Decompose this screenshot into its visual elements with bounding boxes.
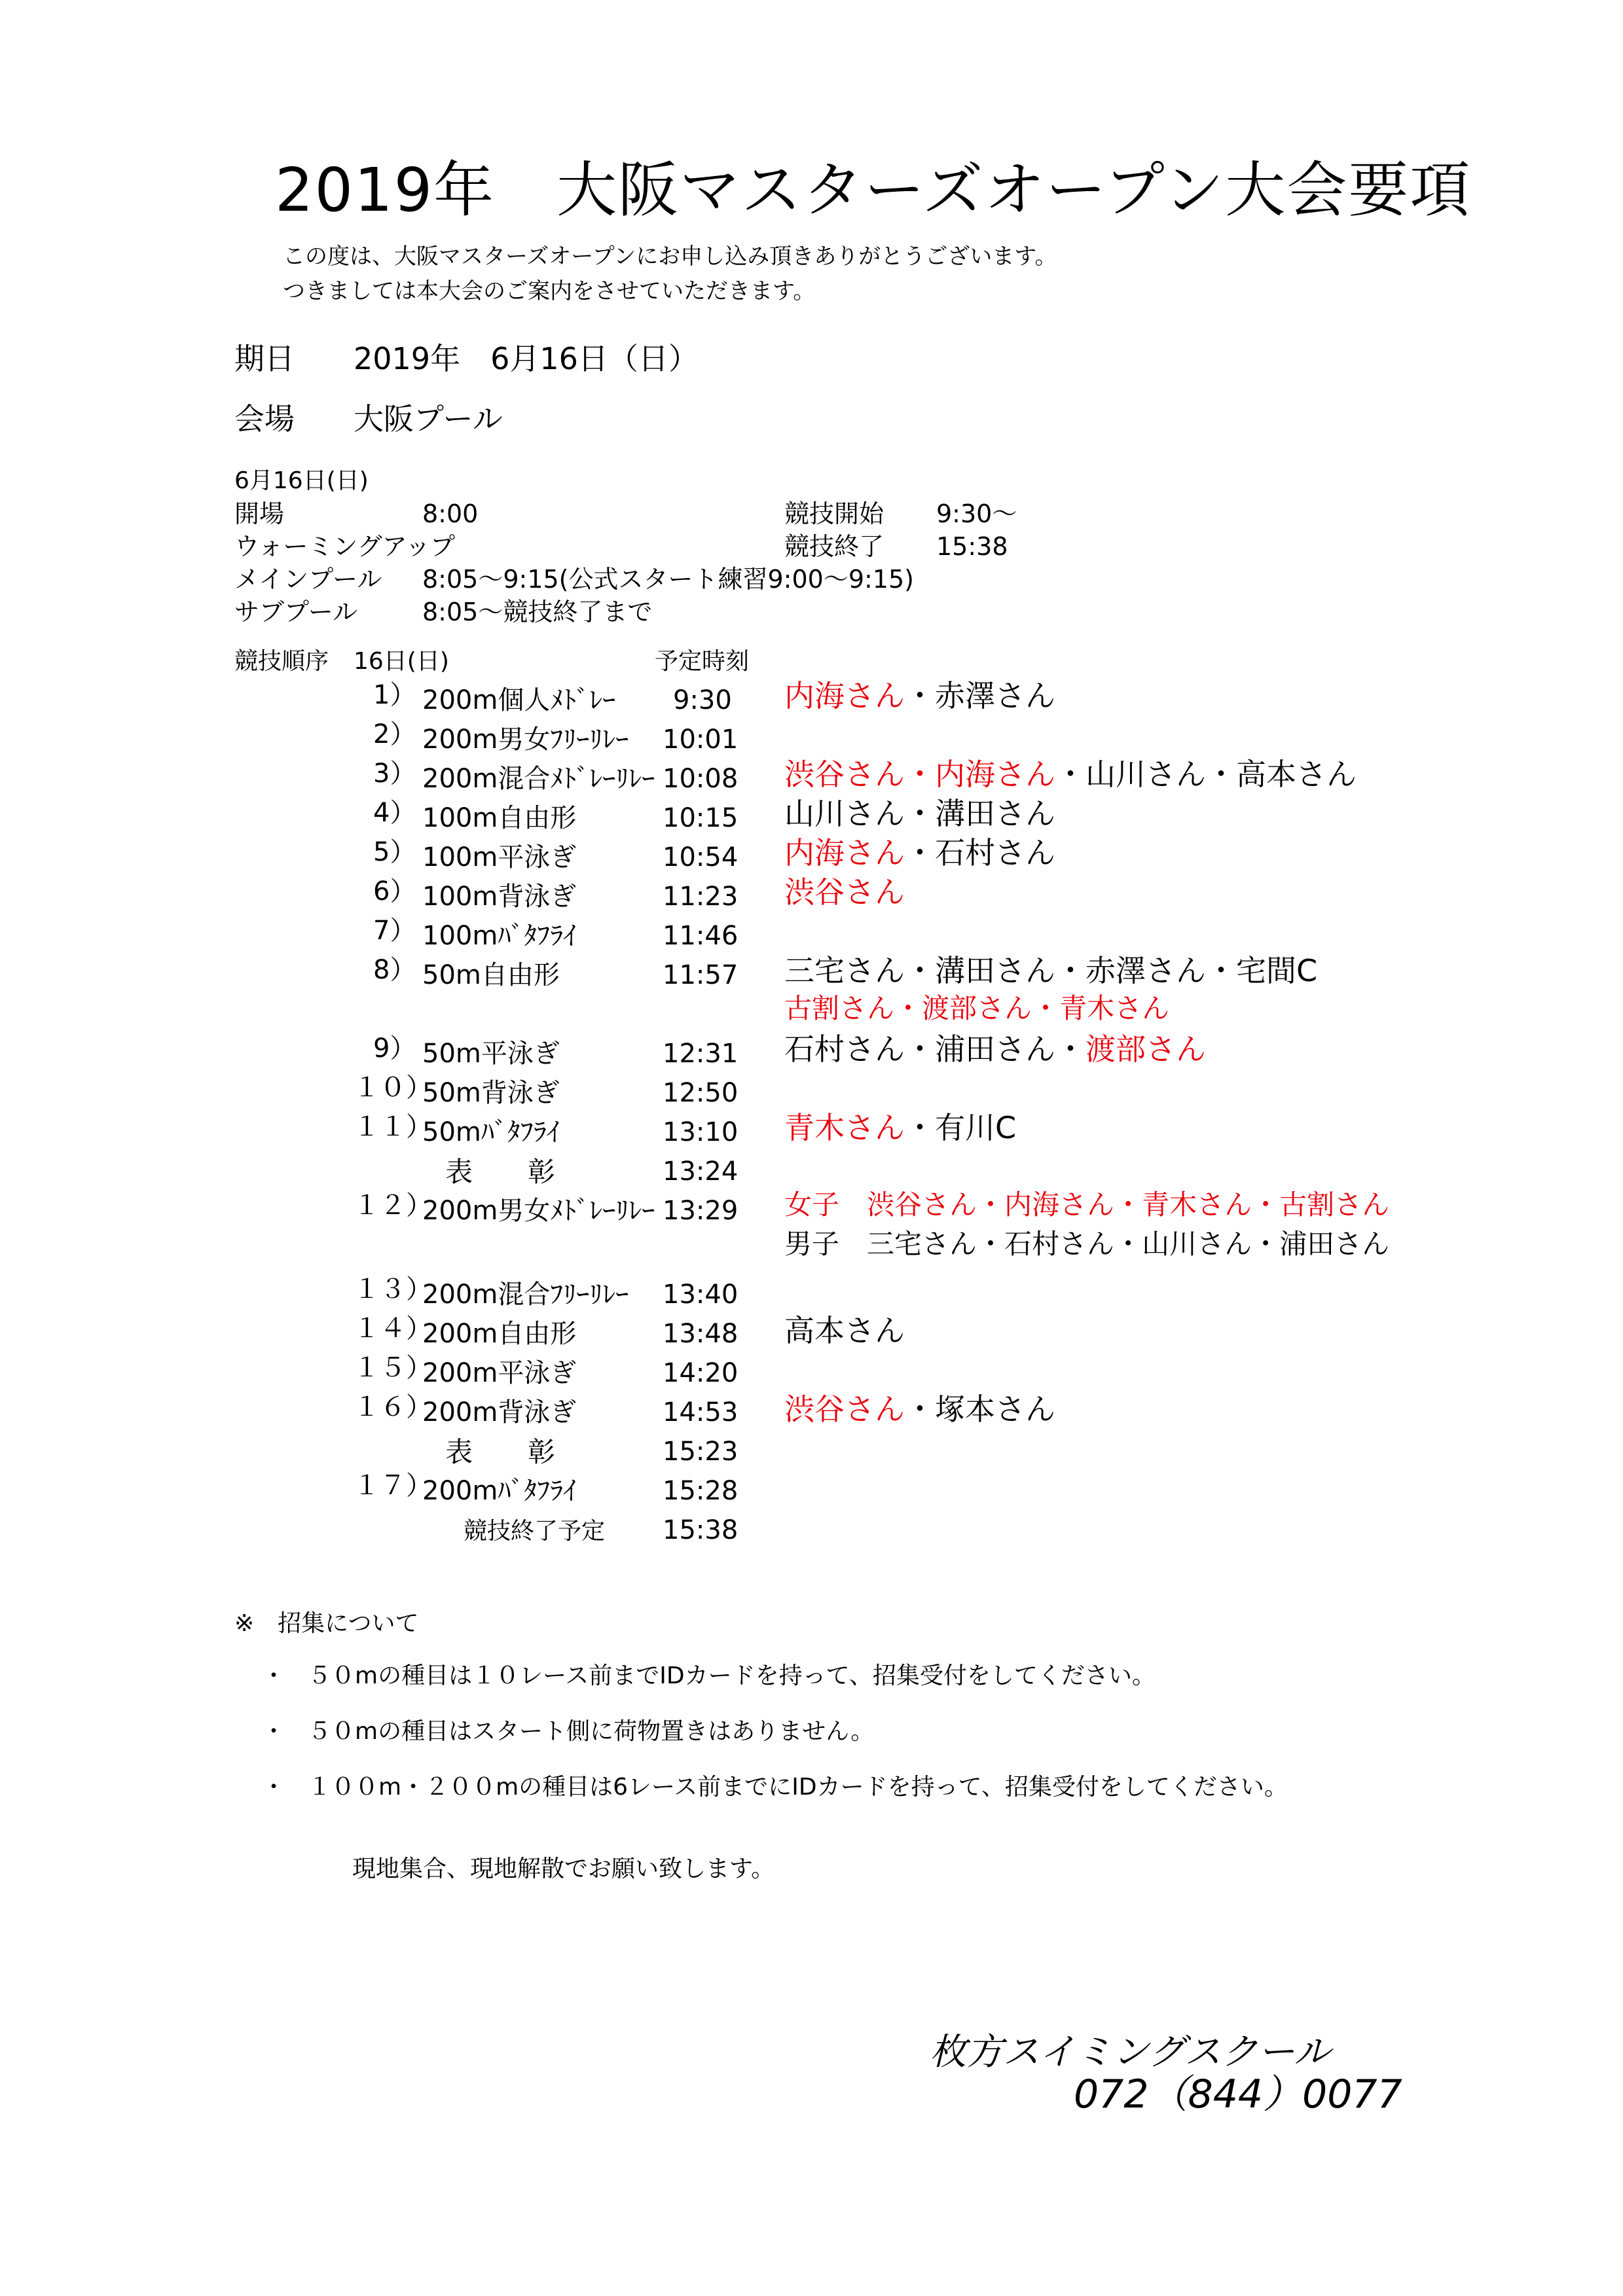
events-header-day: 16日(日) (354, 650, 449, 673)
separator-dot: ・ (905, 1031, 935, 1067)
event-number: １０） (354, 1075, 432, 1101)
separator-dot: ・ (905, 1110, 935, 1145)
swimmer-name: 渋谷さん (784, 874, 905, 910)
swimmer-list: 渋谷さん・塚本さん (784, 1394, 1055, 1424)
separator-dot: ・ (905, 757, 935, 792)
swimmer-name: 石村さん (1004, 1228, 1114, 1260)
bullet-icon: ・ (262, 1776, 285, 1799)
event-time: 10:54 (663, 844, 738, 870)
event-time: 13:40 (663, 1282, 738, 1308)
swimmer-name: 塚本さん (935, 1391, 1055, 1427)
event-number: 7） (373, 918, 416, 944)
separator-dot: ・ (1252, 1228, 1279, 1260)
swimmer-name: 浦田さん (1279, 1228, 1389, 1260)
swimmer-name: 赤澤さん (1085, 953, 1206, 988)
separator-dot: ・ (1114, 1189, 1142, 1221)
event-name: 50m平泳ぎ (422, 1041, 560, 1067)
organization-name: 枚方スイミングスクール (930, 2034, 1330, 2071)
schedule-label-end: 競技終了 (784, 534, 884, 559)
event-name: 50m背泳ぎ (422, 1080, 560, 1106)
schedule-value-end: 15:38 (936, 534, 1008, 559)
swimmer-list: 三宅さん・溝田さん・赤澤さん・宅間C (784, 956, 1317, 986)
event-time: 9:30 (673, 687, 732, 713)
event-name: 200m混合ﾌﾘｰﾘﾚｰ (422, 1282, 629, 1308)
venue-label: 会場 (234, 404, 295, 434)
event-number: 3） (373, 761, 416, 787)
separator-dot: ・ (1055, 953, 1085, 988)
swimmer-name: 古割さん (784, 992, 894, 1024)
events-header-label: 競技順序 (234, 650, 329, 673)
event-time: 12:50 (663, 1080, 738, 1106)
swimmer-name: 高本さん (784, 1313, 905, 1348)
event-time: 12:31 (663, 1041, 738, 1067)
swimmer-list: 男子 三宅さん・石村さん・山川さん・浦田さん (784, 1230, 1389, 1258)
event-time: 13:48 (663, 1321, 738, 1347)
events-end-time: 15:38 (663, 1517, 738, 1543)
event-name: 100m背泳ぎ (422, 884, 576, 910)
swimmer-name: 宅間C (1236, 953, 1317, 988)
event-name: 200m男女ﾌﾘｰﾘﾚｰ (422, 726, 629, 753)
events-end-label: 競技終了予定 (464, 1520, 605, 1543)
event-name: 200m自由形 (422, 1321, 576, 1347)
event-number: 2） (373, 721, 416, 747)
schedule-label-main-pool: メインプール (234, 567, 382, 592)
swimmer-name: 渡部さん (922, 992, 1032, 1024)
closing-note: 現地集合、現地解散でお願い致します。 (352, 1857, 775, 1881)
swimmer-name: 浦田さん (935, 1031, 1055, 1067)
swimmer-name: 三宅さん (784, 953, 905, 988)
event-name: 50mﾊﾞﾀﾌﾗｲ (422, 1119, 560, 1145)
separator-dot: ・ (905, 678, 935, 713)
schedule-value-open: 8:00 (422, 501, 478, 526)
event-number: 4） (373, 800, 416, 826)
event-number: 5） (373, 839, 416, 865)
swimmer-list: 石村さん・浦田さん・渡部さん (784, 1034, 1206, 1064)
bullet-icon: ・ (262, 1720, 285, 1744)
swimmer-name: 古割さん (1279, 1189, 1389, 1221)
swimmer-name: 青木さん (1059, 992, 1169, 1024)
swimmer-name: 渋谷さん (784, 1391, 905, 1427)
separator-dot: ・ (1252, 1189, 1279, 1221)
event-name: 200m男女ﾒﾄﾞﾚｰﾘﾚｰ (422, 1198, 655, 1224)
swimmer-name: 渡部さん (1085, 1031, 1206, 1067)
swimmer-list: 渋谷さん (784, 877, 905, 907)
swimmer-name: 青木さん (1142, 1189, 1252, 1221)
event-time: 15:23 (663, 1439, 738, 1465)
schedule-label-start: 競技開始 (784, 501, 884, 526)
event-number: １５） (354, 1355, 432, 1381)
event-time: 10:01 (663, 726, 738, 753)
event-name: 100m平泳ぎ (422, 844, 576, 870)
event-time: 14:20 (663, 1360, 738, 1386)
note-item-2: ５０mの種目はスタート側に荷物置きはありません。 (308, 1720, 874, 1744)
event-number: 8） (373, 957, 416, 983)
separator-dot: ・ (905, 796, 935, 831)
schedule-label-sub-pool: サブプール (234, 600, 357, 624)
swimmer-list: 青木さん・有川C (784, 1113, 1016, 1143)
date-label: 期日 (234, 344, 295, 374)
venue-value: 大阪プール (354, 404, 503, 434)
swimmer-name: 溝田さん (935, 953, 1055, 988)
event-number: １１） (354, 1114, 432, 1140)
event-name: 200m混合ﾒﾄﾞﾚｰﾘﾚｰ (422, 766, 655, 792)
note-item-3: １００m・２００mの種目は6レース前までにIDカードを持って、招集受付をしてくだ… (308, 1776, 1288, 1799)
gender-label: 女子 (784, 1189, 867, 1221)
event-time: 11:46 (663, 923, 738, 949)
separator-dot: ・ (905, 1391, 935, 1427)
swimmer-name: 山川さん (1085, 757, 1206, 792)
event-number: １６） (354, 1394, 432, 1420)
schedule-label-warmup: ウォーミングアップ (234, 534, 455, 559)
event-name: 200m個人ﾒﾄﾞﾚｰ (422, 687, 615, 713)
gender-label: 男子 (784, 1228, 867, 1260)
swimmer-name: 石村さん (784, 1031, 905, 1067)
event-time: 13:10 (663, 1119, 738, 1145)
swimmer-list: 渋谷さん・内海さん・山川さん・高本さん (784, 759, 1357, 789)
note-item-1: ５０mの種目は１０レース前までIDカードを持って、招集受付をしてください。 (308, 1664, 1156, 1688)
notes-heading: ※ 招集について (234, 1612, 418, 1636)
swimmer-list: 内海さん・石村さん (784, 838, 1055, 868)
swimmer-name: 赤澤さん (935, 678, 1055, 713)
swimmer-name: 渋谷さん (784, 757, 905, 792)
organization-phone: 072（844）0077 (1074, 2075, 1402, 2114)
event-name: 50m自由形 (422, 962, 560, 988)
intro-line-2: つきましては本大会のご案内をさせていただきます。 (283, 280, 815, 302)
event-number: １３） (354, 1276, 432, 1302)
date-value: 2019年 6月16日（日） (354, 344, 699, 374)
separator-dot: ・ (977, 1189, 1004, 1221)
event-number: １２） (354, 1193, 432, 1219)
event-name: 100m自由形 (422, 805, 576, 831)
event-time: 11:23 (663, 884, 738, 910)
event-time: 15:28 (663, 1478, 738, 1504)
swimmer-name: 内海さん (935, 757, 1055, 792)
swimmer-name: 有川C (935, 1110, 1016, 1145)
event-name: 100mﾊﾞﾀﾌﾗｲ (422, 923, 576, 949)
event-time: 10:15 (663, 805, 738, 831)
swimmer-name: 青木さん (784, 1110, 905, 1145)
separator-dot: ・ (1114, 1228, 1142, 1260)
event-number: 6） (373, 878, 416, 905)
event-name: 200m平泳ぎ (422, 1360, 576, 1386)
swimmer-name: 山川さん (1142, 1228, 1252, 1260)
swimmer-list: 山川さん・溝田さん (784, 798, 1055, 829)
event-number: 1） (373, 682, 416, 708)
separator-dot: ・ (977, 1228, 1004, 1260)
swimmer-name: 渋谷さん (867, 1189, 977, 1221)
swimmer-name: 三宅さん (867, 1228, 977, 1260)
swimmer-name: 内海さん (784, 678, 905, 713)
event-number: １７） (354, 1473, 432, 1499)
swimmer-list: 高本さん (784, 1316, 905, 1346)
separator-dot: ・ (905, 953, 935, 988)
event-name: 200m背泳ぎ (422, 1399, 576, 1426)
separator-dot: ・ (905, 835, 935, 870)
schedule-value-main-pool: 8:05～9:15(公式スタート練習9:00～9:15) (422, 567, 914, 592)
event-time: 13:29 (663, 1198, 738, 1224)
intro-line-1: この度は、大阪マスターズオープンにお申し込み頂きありがとうございます。 (283, 245, 1057, 268)
schedule-value-sub-pool: 8:05～競技終了まで (422, 600, 652, 624)
events-header-time: 予定時刻 (655, 650, 749, 673)
separator-dot: ・ (1206, 757, 1236, 792)
separator-dot: ・ (894, 992, 922, 1024)
swimmer-name: 高本さん (1236, 757, 1357, 792)
separator-dot: ・ (1055, 1031, 1085, 1067)
award-ceremony-label: 表 彰 (445, 1439, 555, 1466)
event-time: 14:53 (663, 1399, 738, 1426)
schedule-value-start: 9:30～ (936, 501, 1017, 526)
swimmer-list: 古割さん・渡部さん・青木さん (784, 995, 1169, 1022)
document-title: 2019年 大阪マスターズオープン大会要項 (275, 160, 1471, 221)
schedule-day: 6月16日(日) (234, 469, 369, 493)
separator-dot: ・ (1206, 953, 1236, 988)
award-ceremony-label: 表 彰 (445, 1158, 555, 1186)
separator-dot: ・ (1055, 757, 1085, 792)
swimmer-name: 山川さん (784, 796, 905, 831)
event-number: １４） (354, 1316, 432, 1342)
event-number: 9） (373, 1035, 416, 1062)
event-time: 13:24 (663, 1158, 738, 1185)
swimmer-list: 内海さん・赤澤さん (784, 681, 1055, 711)
schedule-label-open: 開場 (234, 501, 284, 526)
bullet-icon: ・ (262, 1664, 285, 1688)
event-time: 10:08 (663, 766, 738, 792)
swimmer-name: 石村さん (935, 835, 1055, 870)
swimmer-name: 内海さん (1004, 1189, 1114, 1221)
separator-dot: ・ (1032, 992, 1059, 1024)
swimmer-name: 内海さん (784, 835, 905, 870)
event-name: 200mﾊﾞﾀﾌﾗｲ (422, 1478, 576, 1504)
swimmer-name: 溝田さん (935, 796, 1055, 831)
event-time: 11:57 (663, 962, 738, 988)
swimmer-list: 女子 渋谷さん・内海さん・青木さん・古割さん (784, 1191, 1389, 1219)
